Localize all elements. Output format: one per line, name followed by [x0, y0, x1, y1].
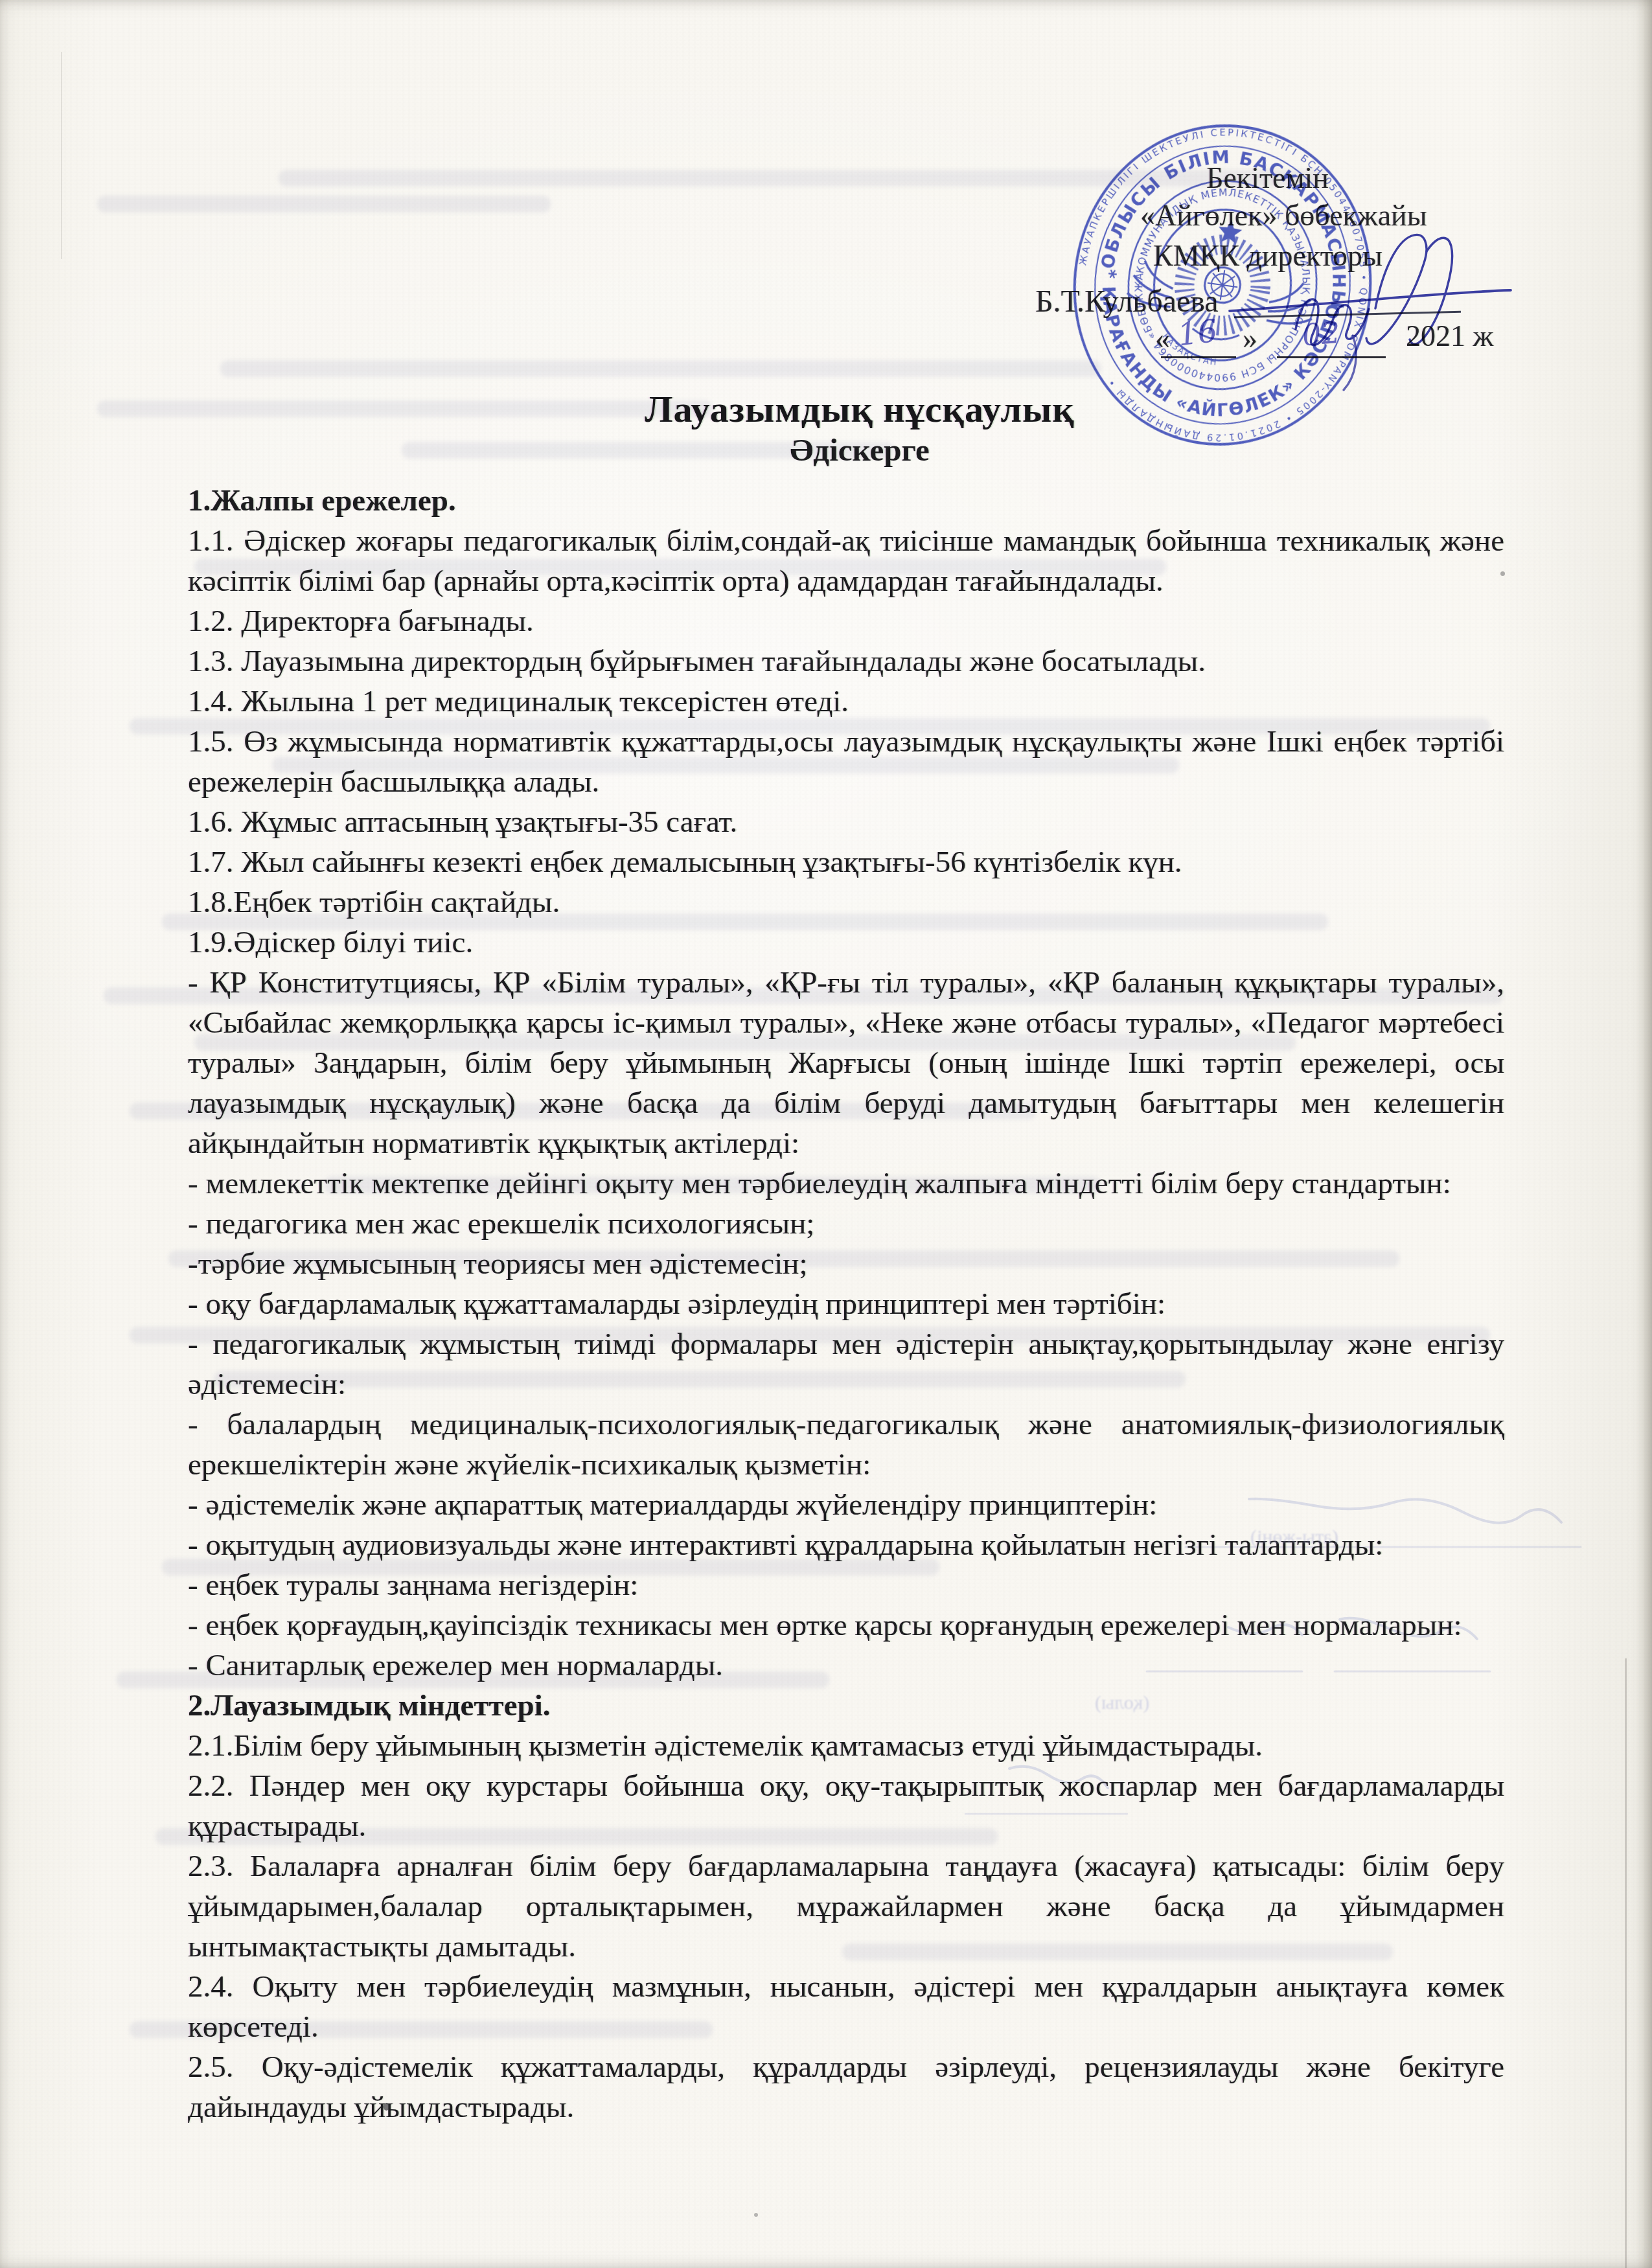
scan-edge-right	[1625, 1658, 1627, 2268]
bleedthrough-text-artifact	[97, 196, 551, 212]
bleedthrough-label-aty: (аты-жөні)	[1250, 1526, 1338, 1548]
body-paragraph: - мемлекеттік мектепке дейінгі оқыту мен…	[188, 1163, 1504, 1204]
body-paragraph: - әдістемелік және ақпараттық материалда…	[188, 1485, 1504, 1525]
body-paragraph: 2.Лауазымдық міндеттері.	[188, 1686, 1504, 1726]
body-paragraph: - еңбек туралы заңнама негіздерін:	[188, 1565, 1504, 1605]
body-paragraph: 2.1.Білім беру ұйымының қызметін әдістем…	[188, 1726, 1504, 1766]
body-paragraph: 1.9.Әдіскер білуі тиіс.	[188, 922, 1504, 963]
scanned-document-page: Бекітемін «Айгөлек» бөбекжайы КМҚК дирек…	[0, 0, 1652, 2268]
body-paragraph: 2.4. Оқыту мен тәрбиелеудің мазмұнын, ны…	[188, 1967, 1504, 2047]
document-body: 1.Жалпы ережелер.1.1. Әдіскер жоғары пед…	[188, 481, 1504, 2127]
body-paragraph: - Санитарлық ережелер мен нормаларды.	[188, 1645, 1504, 1686]
document-subtitle: Әдіскерге	[194, 431, 1525, 468]
body-paragraph: - балалардың медициналық-психологиялық-п…	[188, 1404, 1504, 1485]
body-paragraph: -тәрбие жұмысының теориясы мен әдістемес…	[188, 1244, 1504, 1284]
body-paragraph: - педагогика мен жас ерекшелік психологи…	[188, 1204, 1504, 1244]
body-paragraph: 1.3. Лауазымына директордың бұйрығымен т…	[188, 641, 1504, 682]
body-paragraph: 2.2. Пәндер мен оқу курстары бойынша оқу…	[188, 1766, 1504, 1846]
body-paragraph: 1.Жалпы ережелер.	[188, 481, 1504, 521]
body-paragraph: 1.6. Жұмыс аптасының ұзақтығы-35 сағат.	[188, 802, 1504, 842]
body-paragraph: 1.8.Еңбек тәртібін сақтайды.	[188, 882, 1504, 922]
scan-speck	[754, 2213, 758, 2217]
scan-edge-left	[61, 52, 62, 259]
body-paragraph: 2.3. Балаларға арналған білім беру бағда…	[188, 1846, 1504, 1967]
bleedthrough-label-koly: (қолы)	[1095, 1692, 1149, 1714]
document-title: Лауазымдық нұсқаулық	[194, 387, 1525, 431]
body-paragraph: 1.1. Әдіскер жоғары педагогикалық білім,…	[188, 521, 1504, 601]
bleedthrough-text-artifact	[220, 360, 1101, 377]
body-paragraph: - ҚР Конститутциясы, ҚР «Білім туралы», …	[188, 963, 1504, 1163]
body-paragraph: 2.5. Оқу-әдістемелік құжаттамаларды, құр…	[188, 2047, 1504, 2127]
body-paragraph: - оқу бағдарламалық құжаттамаларды әзірл…	[188, 1284, 1504, 1324]
body-paragraph: - педагогикалық жұмыстың тиімді формалар…	[188, 1324, 1504, 1404]
body-paragraph: 1.4. Жылына 1 рет медициналық тексерісте…	[188, 682, 1504, 722]
scan-speck	[1500, 571, 1505, 576]
scan-speck	[384, 2103, 389, 2111]
body-paragraph: - еңбек қорғаудың,қауіпсіздік техникасы …	[188, 1605, 1504, 1645]
body-paragraph: 1.2. Директорға бағынады.	[188, 601, 1504, 641]
body-paragraph: 1.7. Жыл сайынғы кезекті еңбек демалысын…	[188, 842, 1504, 882]
body-paragraph: 1.5. Өз жұмысында нормативтік құжаттарды…	[188, 722, 1504, 802]
